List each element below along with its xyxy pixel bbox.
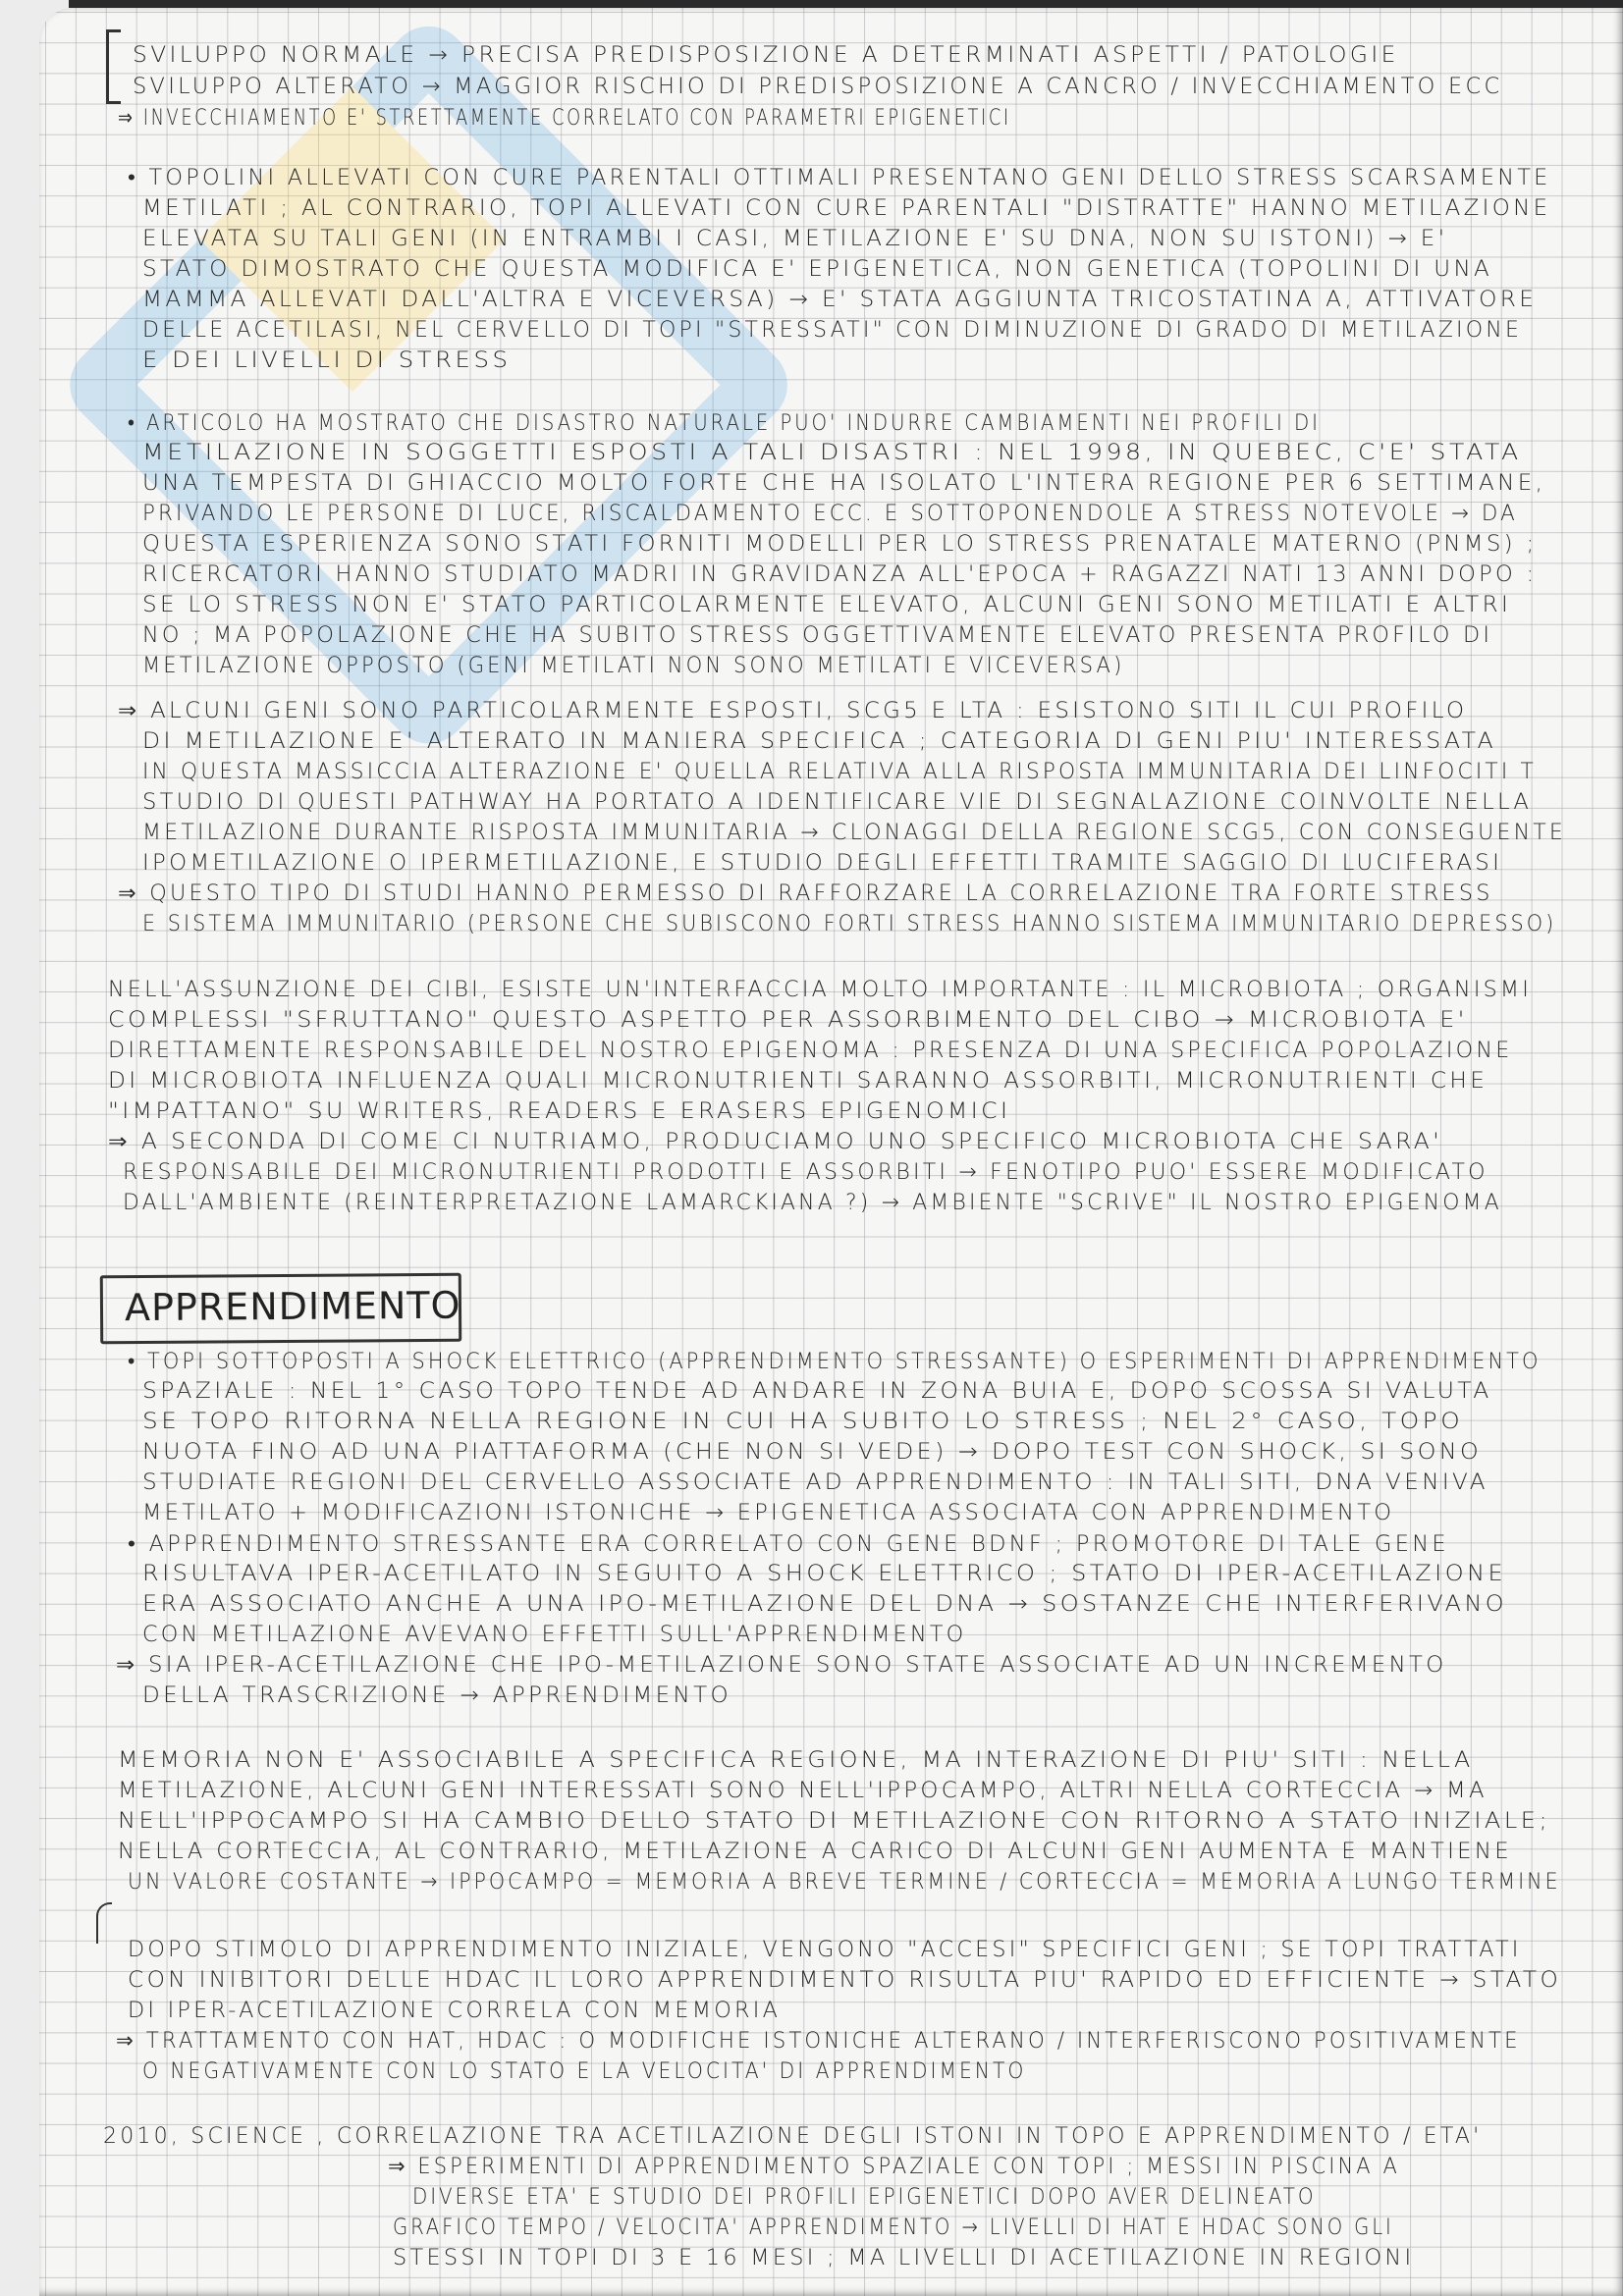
note-line: RICERCATORI HANNO STUDIATO MADRI IN GRAV… (142, 562, 1537, 587)
note-line: NELL'IPPOCAMPO SI HA CAMBIO DELLO STATO … (118, 1809, 1550, 1834)
note-line: SE TOPO RITORNA NELLA REGIONE IN CUI HA … (142, 1410, 1463, 1434)
note-line: SVILUPPO ALTERATO → MAGGIOR RISCHIO DI P… (133, 75, 1502, 99)
note-line: DIRETTAMENTE RESPONSABILE DEL NOSTRO EPI… (108, 1039, 1512, 1063)
note-line: E DEI LIVELLI DI STRESS (142, 348, 511, 373)
note-line: MAMMA ALLEVATI DALL'ALTRA E VICEVERSA) →… (142, 288, 1537, 312)
note-line: • APPRENDIMENTO STRESSANTE ERA CORRELATO… (128, 1531, 1449, 1557)
note-line: METILAZIONE DURANTE RISPOSTA IMMUNITARIA… (142, 821, 1566, 845)
note-line: METILAZIONE OPPOSTO (GENI METILATI NON S… (142, 654, 1124, 678)
note-line: E SISTEMA IMMUNITARIO (PERSONE CHE SUBIS… (142, 912, 1556, 936)
note-line: DALL'AMBIENTE (REINTERPRETAZIONE LAMARCK… (123, 1191, 1502, 1215)
note-line: IPOMETILAZIONE O IPERMETILAZIONE, E STUD… (142, 851, 1502, 876)
note-line: • ARTICOLO HA MOSTRATO CHE DISASTRO NATU… (128, 410, 1321, 436)
note-line: METILATI ; AL CONTRARIO, TOPI ALLEVATI C… (142, 196, 1550, 221)
note-line: CON METILAZIONE AVEVANO EFFETTI SULL'APP… (142, 1623, 966, 1647)
note-line: METILATO + MODIFICAZIONI ISTONICHE → EPI… (142, 1501, 1394, 1525)
note-line: SPAZIALE : NEL 1° CASO TOPO TENDE AD AND… (142, 1379, 1492, 1404)
bracket-mark (106, 29, 121, 104)
note-line: COMPLESSI "SFRUTTANO" QUESTO ASPETTO PER… (108, 1008, 1468, 1033)
note-line: ⇒ ALCUNI GENI SONO PARTICOLARMENTE ESPOS… (118, 699, 1467, 723)
note-line: • TOPOLINI ALLEVATI CON CURE PARENTALI O… (128, 165, 1551, 190)
note-line: ⇒ ESPERIMENTI DI APPRENDIMENTO SPAZIALE … (388, 2155, 1400, 2179)
note-line: DI MICROBIOTA INFLUENZA QUALI MICRONUTRI… (108, 1069, 1488, 1094)
curved-arrow-icon (96, 1902, 112, 1944)
note-line: MEMORIA NON E' ASSOCIABILE A SPECIFICA R… (118, 1748, 1474, 1773)
note-line: "IMPATTANO" SU WRITERS, READERS E ERASER… (108, 1099, 1010, 1124)
note-line: ⇒ QUESTO TIPO DI STUDI HANNO PERMESSO DI… (118, 881, 1493, 906)
note-line: DI METILAZIONE E' ALTERATO IN MANIERA SP… (142, 729, 1496, 754)
note-line: 2010, SCIENCE , CORRELAZIONE TRA ACETILA… (103, 2124, 1482, 2149)
note-line: O NEGATIVAMENTE CON LO STATO E LA VELOCI… (142, 2059, 1026, 2084)
note-line: DELLE ACETILASI, NEL CERVELLO DI TOPI "S… (142, 318, 1522, 343)
note-line: RESPONSABILE DEI MICRONUTRIENTI PRODOTTI… (123, 1160, 1488, 1185)
note-line: CON INIBITORI DELLE HDAC IL LORO APPREND… (128, 1968, 1561, 1993)
note-line: DOPO STIMOLO DI APPRENDIMENTO INIZIALE, … (128, 1938, 1522, 1962)
note-line: DI IPER-ACETILAZIONE CORRELA CON MEMORIA (128, 1999, 781, 2023)
note-line: IN QUESTA MASSICCIA ALTERAZIONE E' QUELL… (142, 760, 1537, 784)
note-line: DELLA TRASCRIZIONE → APPRENDIMENTO (142, 1683, 731, 1708)
note-line: NELL'ASSUNZIONE DEI CIBI, ESISTE UN'INTE… (108, 978, 1532, 1002)
note-line: GRAFICO TEMPO / VELOCITA' APPRENDIMENTO … (393, 2216, 1394, 2240)
note-line: SE LO STRESS NON E' STATO PARTICOLARMENT… (142, 593, 1511, 617)
note-line: NUOTA FINO AD UNA PIATTAFORMA (CHE NON S… (142, 1440, 1482, 1465)
note-line: NELLA CORTECCIA, AL CONTRARIO, METILAZIO… (118, 1840, 1512, 1864)
notebook-top-edge (69, 0, 1623, 8)
note-line: STESSI IN TOPI DI 3 E 16 MESI ; MA LIVEL… (393, 2246, 1414, 2270)
note-line: ⇒ INVECCHIAMENTO E' STRETTAMENTE CORRELA… (118, 106, 1011, 131)
note-line: QUESTA ESPERIENZA SONO STATI FORNITI MOD… (142, 532, 1537, 557)
note-line: ⇒ A SECONDA DI COME CI NUTRIAMO, PRODUCI… (108, 1130, 1442, 1154)
note-line: ⇒ TRATTAMENTO CON HAT, HDAC : O MODIFICH… (116, 2029, 1521, 2054)
section-title-box: APPRENDIMENTO (100, 1273, 461, 1345)
note-line: METILAZIONE IN SOGGETTI ESPOSTI A TALI D… (142, 441, 1522, 465)
note-line: STUDIO DI QUESTI PATHWAY HA PORTATO A ID… (142, 790, 1532, 815)
note-line: RISULTAVA IPER-ACETILATO IN SEGUITO A SH… (142, 1562, 1506, 1586)
section-title: APPRENDIMENTO (125, 1284, 461, 1329)
note-line: • TOPI SOTTOPOSTI A SHOCK ELETTRICO (APP… (128, 1349, 1541, 1374)
note-line: METILAZIONE, ALCUNI GENI INTERESSATI SON… (118, 1779, 1488, 1803)
note-line: DIVERSE ETA' E STUDIO DEI PROFILI EPIGEN… (412, 2185, 1316, 2210)
note-line: UNA TEMPESTA DI GHIACCIO MOLTO FORTE CHE… (142, 471, 1545, 496)
note-line: ELEVATA SU TALI GENI (IN ENTRAMBI I CASI… (142, 227, 1447, 251)
note-line: PRIVANDO LE PERSONE DI LUCE, RISCALDAMEN… (142, 502, 1518, 526)
note-line: UN VALORE COSTANTE → IPPOCAMPO = MEMORIA… (128, 1870, 1561, 1895)
note-line: SVILUPPO NORMALE → PRECISA PREDISPOSIZIO… (133, 43, 1399, 68)
note-line: ⇒ SIA IPER-ACETILAZIONE CHE IPO-METILAZI… (116, 1653, 1447, 1678)
note-line: NO ; MA POPOLAZIONE CHE HA SUBITO STRESS… (142, 623, 1492, 648)
note-line: ERA ASSOCIATO ANCHE A UNA IPO-METILAZION… (142, 1592, 1507, 1617)
note-line: STATO DIMOSTRATO CHE QUESTA MODIFICA E' … (142, 257, 1492, 282)
note-line: STUDIATE REGIONI DEL CERVELLO ASSOCIATE … (142, 1470, 1488, 1495)
